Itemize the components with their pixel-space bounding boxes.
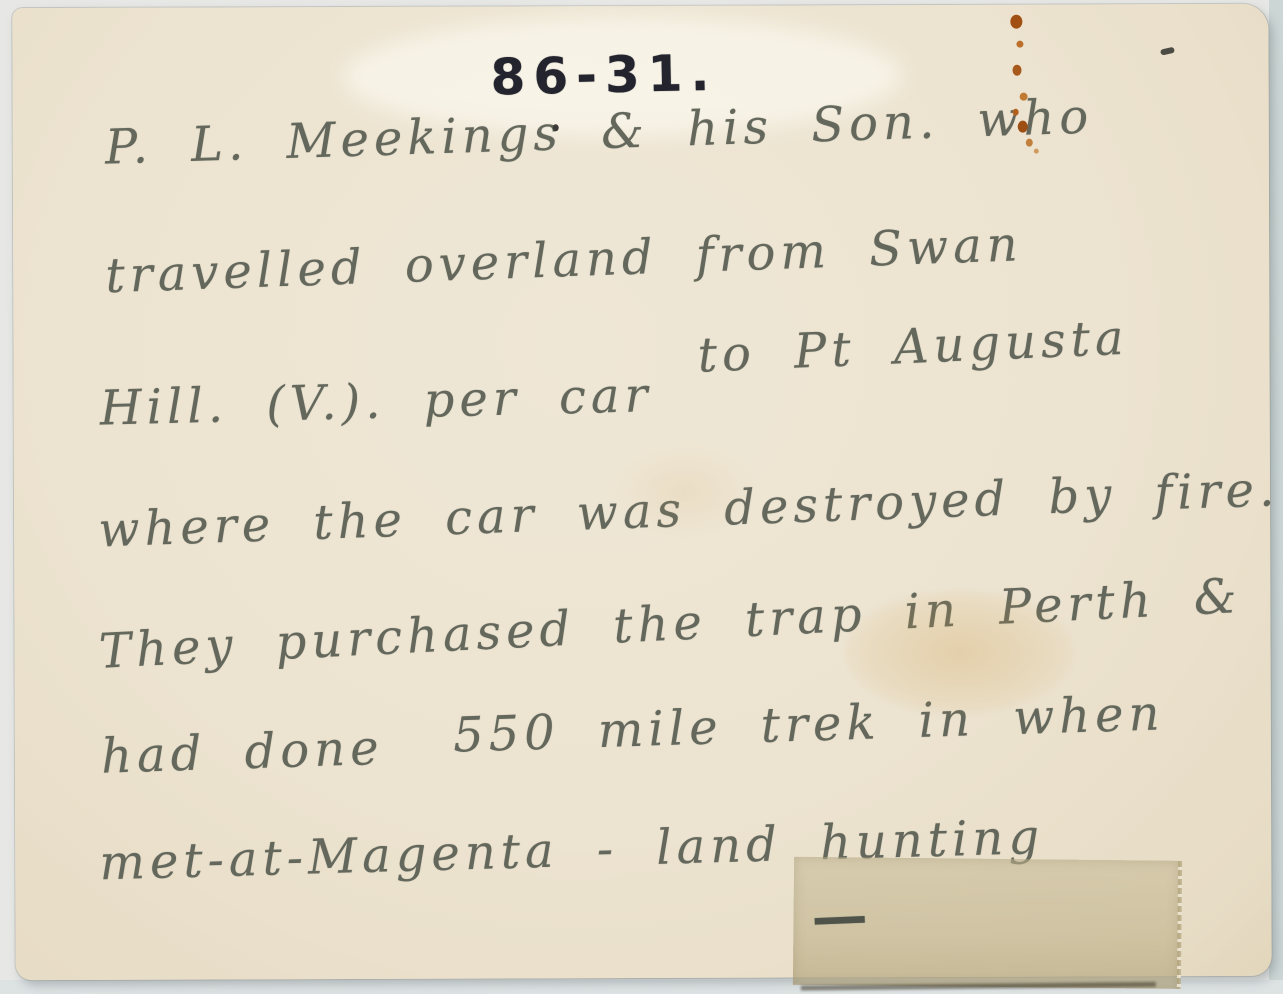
- handwritten-line-2: travelled overland from Swan: [104, 216, 1023, 304]
- rust-dot: [1013, 109, 1019, 116]
- tan-stain: [844, 589, 1074, 715]
- handwritten-line-3-main: Hill. (V.). per car: [99, 367, 653, 436]
- faint-stain: [614, 446, 754, 536]
- pencil-dash: —: [810, 882, 869, 950]
- rust-dot: [1013, 65, 1022, 76]
- handwritten-line-3: Hill. (V.). per carto Pt Augusta: [99, 356, 1130, 437]
- handwritten-line-6-start: had done: [100, 720, 384, 785]
- rust-dot: [1016, 41, 1023, 48]
- rust-dot: [1020, 93, 1028, 101]
- catalog-number: 86-31.: [490, 44, 718, 107]
- ink-speck: [1160, 47, 1175, 56]
- rust-dot: [1034, 149, 1039, 154]
- rust-dot: [1010, 15, 1022, 29]
- photo-card-back: 86-31. P. L. Meekings & his Son. who tra…: [12, 4, 1271, 980]
- rust-dot: [1026, 139, 1033, 147]
- scanned-photo-verso: 86-31. P. L. Meekings & his Son. who tra…: [0, 0, 1283, 994]
- handwritten-line-6-end: 550 mile trek in when: [452, 685, 1165, 763]
- ink-speck: [553, 124, 559, 131]
- tape-strip: —: [793, 857, 1180, 989]
- rust-dot: [1018, 121, 1028, 133]
- handwritten-line-3-superscript: to Pt Augusta: [696, 310, 1129, 384]
